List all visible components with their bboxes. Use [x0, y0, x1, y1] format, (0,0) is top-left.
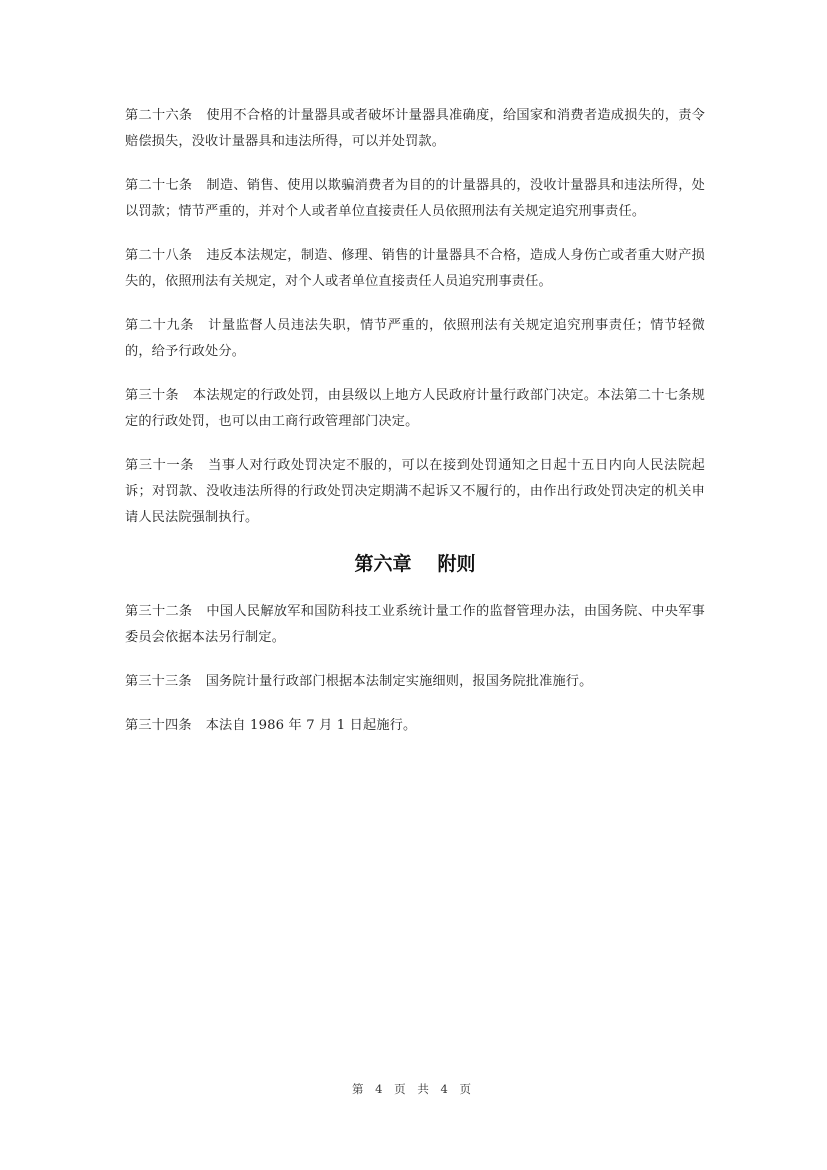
page-footer: 第 4 页 共 4 页 — [0, 1081, 827, 1097]
article-text: 国务院计量行政部门根据本法制定实施细则，报国务院批准施行。 — [206, 674, 593, 689]
article-number: 第三十一条 — [125, 458, 194, 473]
article-number: 第三十三条 — [125, 674, 192, 689]
article-31: 第三十一条当事人对行政处罚决定不服的，可以在接到处罚通知之日起十五日内向人民法院… — [125, 453, 705, 531]
article-text: 本法规定的行政处罚，由县级以上地方人民政府计量行政部门决定。本法第二十七条规定的… — [125, 388, 705, 429]
article-number: 第二十六条 — [125, 108, 192, 123]
article-number: 第三十条 — [125, 388, 179, 403]
article-28: 第二十八条违反本法规定，制造、修理、销售的计量器具不合格，造成人身伤亡或者重大财… — [125, 243, 705, 295]
document-page: 第二十六条使用不合格的计量器具或者破坏计量器具准确度，给国家和消费者造成损失的，… — [0, 0, 827, 1170]
article-29: 第二十九条计量监督人员违法失职，情节严重的，依照刑法有关规定追究刑事责任；情节轻… — [125, 313, 705, 365]
article-34: 第三十四条本法自 1986 年 7 月 1 日起施行。 — [125, 713, 705, 739]
article-text: 中国人民解放军和国防科技工业系统计量工作的监督管理办法，由国务院、中央军事委员会… — [125, 604, 705, 645]
article-number: 第二十九条 — [125, 318, 194, 333]
article-30: 第三十条本法规定的行政处罚，由县级以上地方人民政府计量行政部门决定。本法第二十七… — [125, 383, 705, 435]
article-number: 第二十八条 — [125, 248, 192, 263]
article-26: 第二十六条使用不合格的计量器具或者破坏计量器具准确度，给国家和消费者造成损失的，… — [125, 103, 705, 155]
article-32: 第三十二条中国人民解放军和国防科技工业系统计量工作的监督管理办法，由国务院、中央… — [125, 599, 705, 651]
chapter-title: 附则 — [438, 553, 476, 575]
chapter-heading: 第六章附则 — [125, 549, 705, 579]
article-text: 制造、销售、使用以欺骗消费者为目的的计量器具的，没收计量器具和违法所得，处以罚款… — [125, 178, 705, 219]
article-number: 第三十四条 — [125, 718, 192, 733]
article-33: 第三十三条国务院计量行政部门根据本法制定实施细则，报国务院批准施行。 — [125, 669, 705, 695]
article-number: 第三十二条 — [125, 604, 192, 619]
article-text: 本法自 1986 年 7 月 1 日起施行。 — [206, 718, 417, 733]
article-27: 第二十七条制造、销售、使用以欺骗消费者为目的的计量器具的，没收计量器具和违法所得… — [125, 173, 705, 225]
article-text: 计量监督人员违法失职，情节严重的，依照刑法有关规定追究刑事责任；情节轻微的，给予… — [125, 318, 705, 359]
article-text: 当事人对行政处罚决定不服的，可以在接到处罚通知之日起十五日内向人民法院起诉；对罚… — [125, 458, 705, 525]
page-content: 第二十六条使用不合格的计量器具或者破坏计量器具准确度，给国家和消费者造成损失的，… — [125, 103, 705, 757]
article-text: 使用不合格的计量器具或者破坏计量器具准确度，给国家和消费者造成损失的，责令赔偿损… — [125, 108, 705, 149]
article-text: 违反本法规定，制造、修理、销售的计量器具不合格，造成人身伤亡或者重大财产损失的，… — [125, 248, 705, 289]
article-number: 第二十七条 — [125, 178, 192, 193]
chapter-number: 第六章 — [354, 553, 411, 575]
